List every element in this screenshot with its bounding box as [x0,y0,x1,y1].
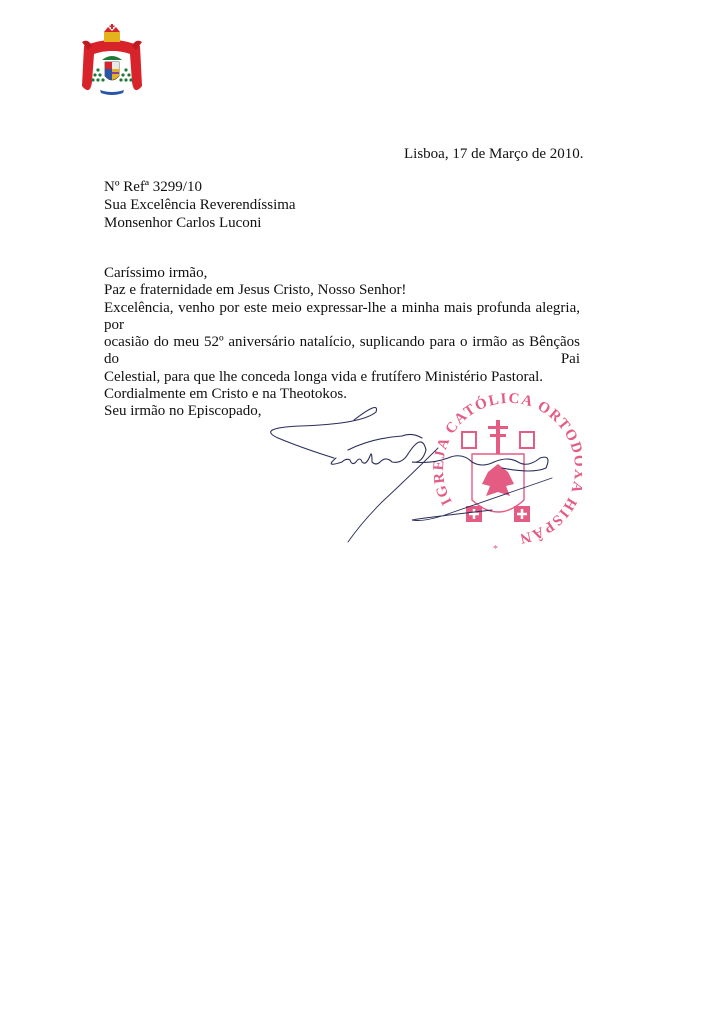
recipient-title: Sua Excelência Reverendíssima [104,196,296,214]
reference-number: Nº Refª 3299/10 [104,178,296,196]
signature-and-seal: IGREJA CATÓLICA ORTODOXA HISPÂNICA * [262,392,582,562]
greeting: Paz e fraternidade em Jesus Cristo, Noss… [104,282,580,299]
paragraph-line: Excelência, venho por este meio expressa… [104,300,580,335]
address-block: Nº Refª 3299/10 Sua Excelência Reverendí… [104,178,296,232]
recipient-name: Monsenhor Carlos Luconi [104,214,296,232]
letter-page: Lisboa, 17 de Março de 2010. Nº Refª 329… [0,0,724,1024]
svg-text:*: * [493,544,498,555]
paragraph-line: ocasião do meu 52º aniversário natalício… [104,334,580,369]
salutation: Caríssimo irmão, [104,265,580,282]
signature-icon [271,408,552,543]
paragraph-line: Celestial, para que lhe conceda longa vi… [104,369,580,386]
date-line: Lisboa, 17 de Março de 2010. [404,145,584,163]
coat-of-arms-icon [78,24,146,112]
svg-text:IGREJA CATÓLICA ORTODOXA HISPÂ: IGREJA CATÓLICA ORTODOXA HISPÂNICA [262,392,582,546]
church-seal-icon: IGREJA CATÓLICA ORTODOXA HISPÂNICA * [262,392,582,555]
